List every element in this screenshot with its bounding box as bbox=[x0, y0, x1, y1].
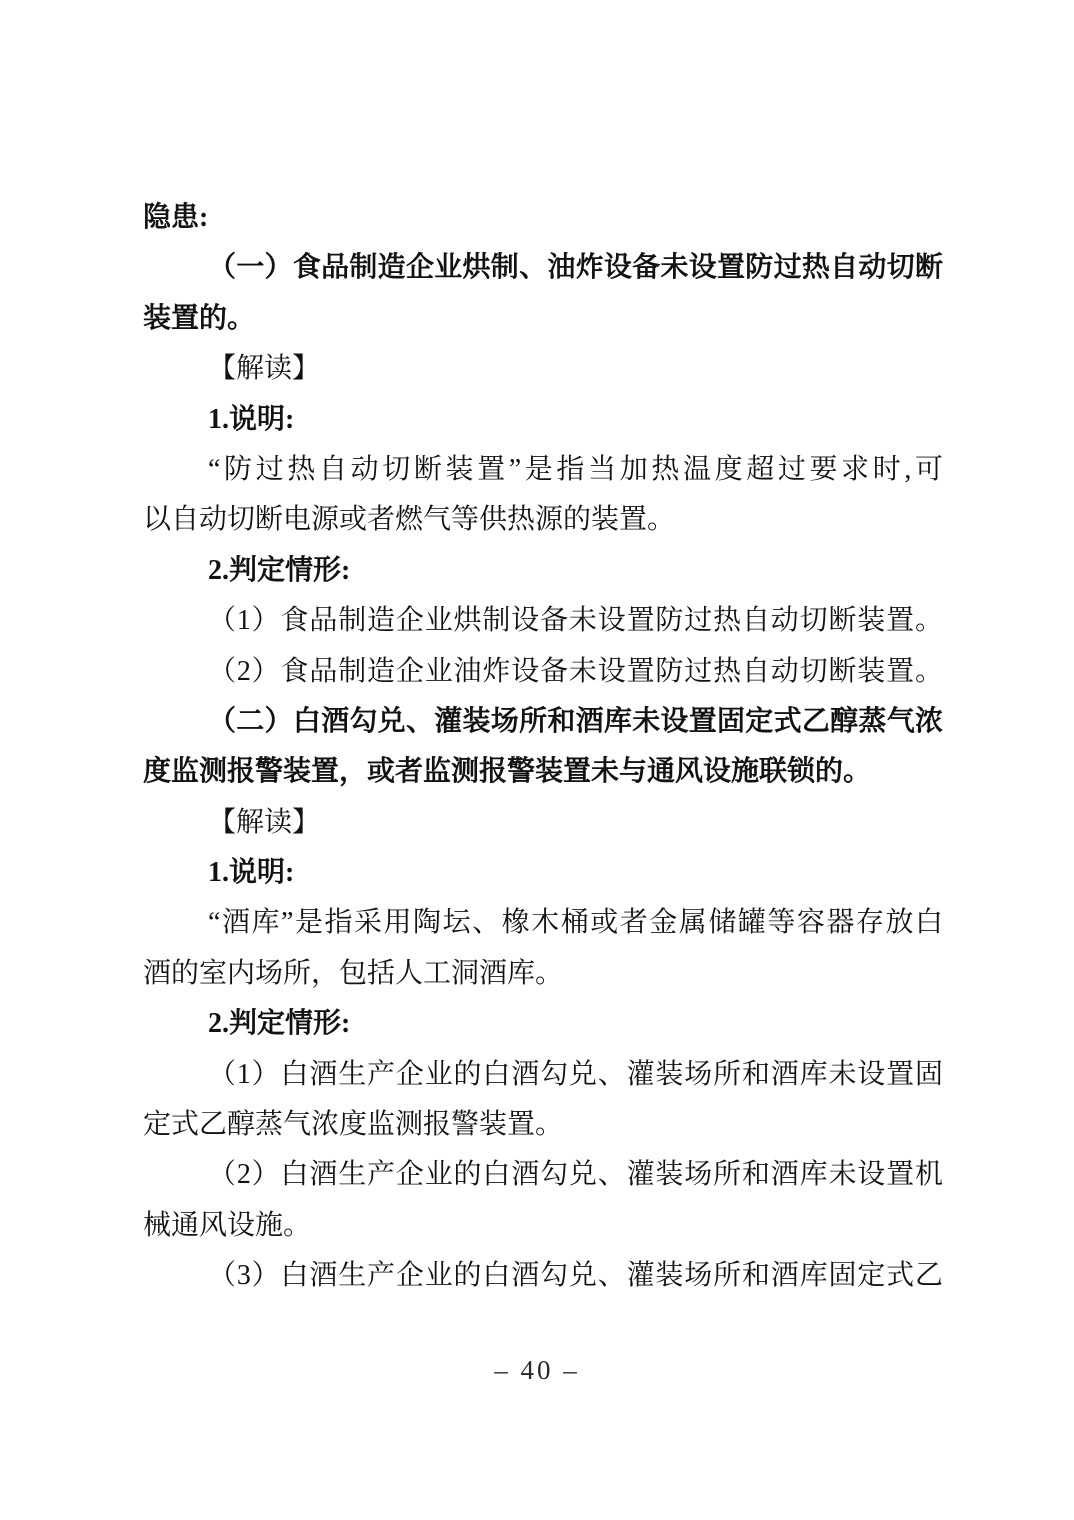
item-one-heading-line: 装置的。 bbox=[143, 294, 943, 344]
explanation-body-line: 酒的室内场所，包括人工洞酒库。 bbox=[143, 949, 943, 999]
explanation-subheading: 1.说明: bbox=[143, 395, 943, 445]
determination-subheading: 2.判定情形: bbox=[143, 999, 943, 1049]
determination-item-line: 定式乙醇蒸气浓度监测报警装置。 bbox=[143, 1100, 943, 1150]
item-two-heading-line: （二）白酒勾兑、灌装场所和酒库未设置固定式乙醇蒸气浓 bbox=[143, 697, 943, 747]
determination-subheading: 2.判定情形: bbox=[143, 546, 943, 596]
determination-item-line: （1）白酒生产企业的白酒勾兑、灌装场所和酒库未设置固 bbox=[143, 1050, 943, 1100]
determination-item-line: （2）白酒生产企业的白酒勾兑、灌装场所和酒库未设置机 bbox=[143, 1150, 943, 1200]
explanation-body-line: “防过热自动切断装置”是指当加热温度超过要求时,可 bbox=[143, 445, 943, 495]
interpretation-label: 【解读】 bbox=[143, 798, 943, 848]
determination-item-line: （3）白酒生产企业的白酒勾兑、灌装场所和酒库固定式乙 bbox=[143, 1251, 943, 1301]
explanation-body-line: 以自动切断电源或者燃气等供热源的装置。 bbox=[143, 495, 943, 545]
item-two-heading-line: 度监测报警装置，或者监测报警装置未与通风设施联锁的。 bbox=[143, 747, 943, 797]
explanation-subheading: 1.说明: bbox=[143, 848, 943, 898]
page-number: – 40 – bbox=[0, 1350, 1074, 1390]
interpretation-label: 【解读】 bbox=[143, 344, 943, 394]
determination-item-line: （1）食品制造企业烘制设备未设置防过热自动切断装置。 bbox=[143, 596, 943, 646]
explanation-body-line: “酒库”是指采用陶坛、橡木桶或者金属储罐等容器存放白 bbox=[143, 898, 943, 948]
hazard-intro-label: 隐患: bbox=[143, 193, 943, 243]
determination-item-line: （2）食品制造企业油炸设备未设置防过热自动切断装置。 bbox=[143, 647, 943, 697]
document-body: 隐患: （一）食品制造企业烘制、油炸设备未设置防过热自动切断 装置的。 【解读】… bbox=[143, 193, 943, 1302]
item-one-heading-line: （一）食品制造企业烘制、油炸设备未设置防过热自动切断 bbox=[143, 243, 943, 293]
document-page: { "document": { "lines": [ {"text": "隐患:… bbox=[0, 0, 1074, 1520]
determination-item-line: 械通风设施。 bbox=[143, 1201, 943, 1251]
